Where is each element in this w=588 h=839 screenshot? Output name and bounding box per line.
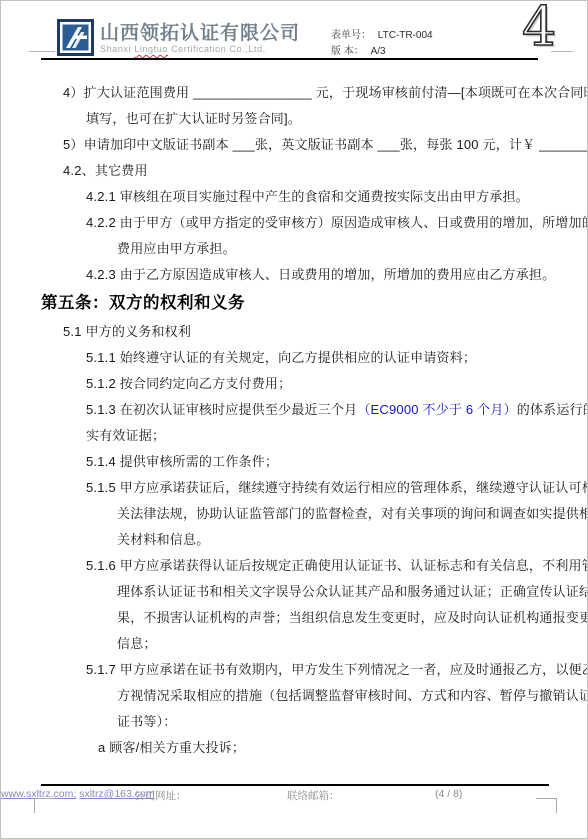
page-indicator: (4 / 8)	[435, 788, 462, 800]
body-lines: 4）扩大认证范围费用 ________________ 元，于现场审核前付清—[…	[1, 80, 587, 761]
company-name-cn: 山西领拓认证有限公司	[100, 18, 300, 45]
document-line: 5）申请加印中文版证书副本 ___张，英文版证书副本 ___张，每张 100 元…	[1, 132, 587, 158]
version-value: A/3	[371, 46, 386, 57]
line-text: 的体系运行的真	[517, 402, 588, 417]
document-line: 关法律法规，协助认证监管部门的监督检查，对有关事项的询问和调查如实提供相	[1, 501, 587, 527]
footer-rule	[41, 784, 549, 786]
form-number-label: 表单号：	[331, 30, 371, 41]
document-line: 理体系认证证书和相关文字误导公众认证其产品和服务通过认证；正确宣传认证结	[1, 579, 587, 605]
document-line: 4.2.2 由于甲方（或甲方指定的受审核方）原因造成审核人、日或费用的增加，所增…	[1, 210, 587, 236]
document-line: 4.2、其它费用	[1, 158, 587, 184]
document-line: a 顾客/相关方重大投诉；	[1, 735, 587, 761]
document-line: 填写，也可在扩大认证时另签合同]。	[1, 106, 587, 132]
document-line: 5.1 甲方的义务和权利	[1, 319, 587, 345]
email-label: 联络邮箱：	[287, 788, 340, 803]
document-line: 5.1.6 甲方应承诺获得认证后按规定正确使用认证证书、认证标志和有关信息，不利…	[1, 553, 587, 579]
document-line: 信息；	[1, 631, 587, 657]
chapter-page-numeral: 4	[522, 0, 556, 57]
document-page: 山西领拓认证有限公司 Shanxi Lingtuo Certification …	[0, 0, 588, 839]
document-line: 5.1.3 在初次认证审核时应提供至少最近三个月（EC9000 不少于 6 个月…	[1, 397, 587, 423]
document-line: 费用应由甲方承担。	[1, 236, 587, 262]
document-line: 4.2.1 审核组在项目实施过程中产生的食宿和交通费按实际支出由甲方承担。	[1, 184, 587, 210]
section-5-heading: 第五条：双方的权利和义务	[1, 288, 587, 319]
version-row: 版 本： A/3	[331, 42, 386, 57]
document-line: 方视情况采取相应的措施（包括调整监督审核时间、方式和内容、暂停与撤销认证	[1, 683, 587, 709]
left-margin-mark	[29, 51, 55, 52]
form-number-value: LTC-TR-004	[378, 30, 433, 41]
website-label: 公司网址：	[134, 788, 187, 803]
company-name-en: Shanxi Lingtuo Certification Co.,Ltd.	[100, 44, 266, 54]
document-line: 实有效证据；	[1, 423, 587, 449]
document-line: 4.2.3 由于乙方原因造成审核人、日或费用的增加，所增加的费用应由乙方承担。	[1, 262, 587, 288]
page-header: 山西领拓认证有限公司 Shanxi Lingtuo Certification …	[1, 1, 587, 61]
document-line: 4）扩大认证范围费用 ________________ 元，于现场审核前付清—[…	[1, 80, 587, 106]
document-line: 5.1.2 按合同约定向乙方支付费用；	[1, 371, 587, 397]
document-line: 5.1.1 始终遵守认证的有关规定，向乙方提供相应的认证申请资料；	[1, 345, 587, 371]
highlighted-text: （EC9000 不少于 6 个月）	[357, 402, 516, 417]
document-line: 5.1.7 甲方应承诺在证书有效期内，甲方发生下列情况之一者，应及时通报乙方，以…	[1, 657, 587, 683]
version-label: 版 本：	[331, 46, 364, 57]
document-line: 果，不损害认证机构的声誉；当组织信息发生变更时，应及时向认证机构通报变更	[1, 605, 587, 631]
document-line: 证书等）：	[1, 709, 587, 735]
line-text: 5.1.3 在初次认证审核时应提供至少最近三个月	[86, 402, 357, 417]
bottom-right-margin-mark	[536, 798, 557, 813]
document-line: 5.1.5 甲方应承诺获证后，继续遵守持续有效运行相应的管理体系，继续遵守认证认…	[1, 475, 587, 501]
bottom-left-margin-mark	[34, 798, 55, 813]
header-rule	[41, 58, 538, 60]
page-footer: 公司网址： www.sxltrz.com; 联络邮箱： sxltrz@163.c…	[1, 788, 587, 804]
spellcheck-underline: Lingtuo	[134, 44, 168, 54]
document-line: 5.1.4 提供审核所需的工作条件；	[1, 449, 587, 475]
document-line: 关材料和信息。	[1, 527, 587, 553]
company-logo-icon	[57, 19, 94, 56]
form-number-row: 表单号： LTC-TR-004	[331, 26, 433, 41]
